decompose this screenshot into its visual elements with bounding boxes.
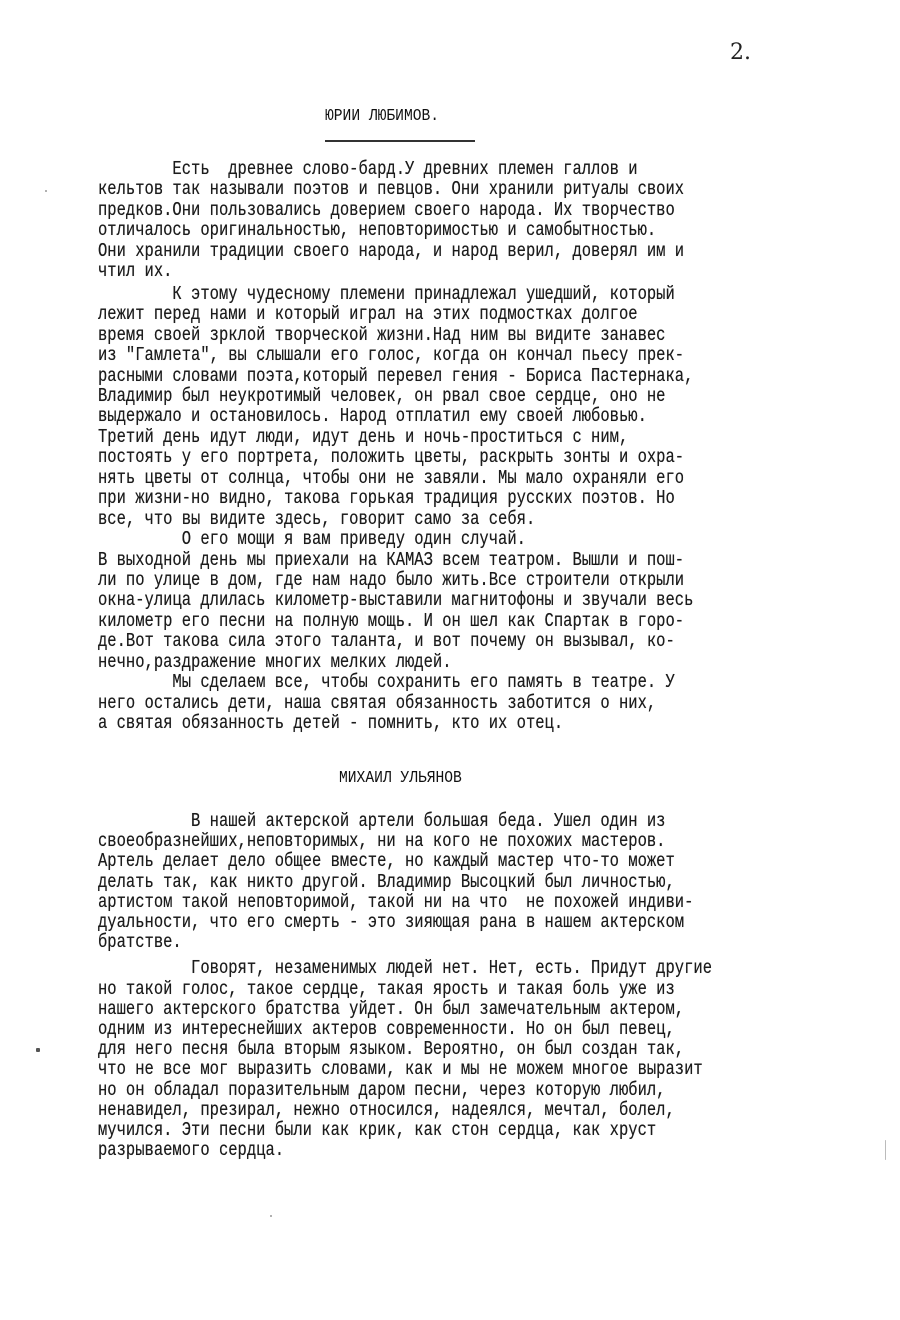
- text-line: но такой голос, такое сердце, такая ярос…: [98, 980, 675, 1000]
- text-line: лежит перед нами и который играл на этих…: [98, 305, 638, 325]
- text-line: ненавидел, презирал, нежно относился, на…: [98, 1101, 675, 1121]
- text-line: своеобразнейших,неповторимых, ни на кого…: [98, 832, 665, 852]
- text-line: все, что вы видите здесь, говорит само з…: [98, 510, 535, 530]
- text-line: одним из интереснейших актеров современн…: [98, 1020, 675, 1040]
- scan-speck: [270, 1215, 272, 1217]
- text-line: время своей зрклой творческой жизни.Над …: [98, 326, 665, 346]
- text-line: Есть древнее слово-бард.У древних племен…: [98, 160, 638, 180]
- text-line: кельтов так называли поэтов и певцов. Он…: [98, 180, 684, 200]
- text-line: отличалось оригинальностью, неповторимос…: [98, 221, 656, 241]
- text-line: мучился. Эти песни были как крик, как ст…: [98, 1121, 656, 1141]
- text-line: нять цветы от солнца, чтобы они не завял…: [98, 469, 684, 489]
- text-line: разрываемого сердца.: [98, 1141, 284, 1161]
- text-line: но он обладал поразительным даром песни,…: [98, 1081, 665, 1101]
- text-line: Артель делает дело общее вместе, но кажд…: [98, 852, 675, 872]
- text-line: нашего актерского братства уйдет. Он был…: [98, 1000, 684, 1020]
- scan-speck: [885, 1140, 886, 1160]
- text-line: нечно,раздражение многих мелких людей.: [98, 653, 452, 673]
- text-line: В нашей актерской артели большая беда. У…: [98, 812, 665, 832]
- text-line: К этому чудесному племени принадлежал уш…: [98, 285, 675, 305]
- text-line: В выходной день мы приехали на КАМАЗ все…: [98, 551, 684, 571]
- text-line: Мы сделаем все, чтобы сохранить его памя…: [98, 673, 675, 693]
- text-line: из "Гамлета", вы слышали его голос, когд…: [98, 346, 684, 366]
- text-line: О его мощи я вам приведу один случай.: [98, 530, 526, 550]
- text-line: что не все мог выразить словами, как и м…: [98, 1060, 703, 1080]
- scan-speck: [45, 190, 47, 192]
- text-line: а святая обязанность детей - помнить, кт…: [98, 714, 563, 734]
- text-line: при жизни-но видно, такова горькая тради…: [98, 489, 675, 509]
- text-line: ли по улице в дом, где нам надо было жит…: [98, 571, 684, 591]
- text-line: Владимир был неукротимый человек, он рва…: [98, 387, 665, 407]
- page-number: 2.: [730, 40, 751, 65]
- section-heading-ulyanov: МИХАИЛ УЛЬЯНОВ: [339, 769, 462, 788]
- text-line: братстве.: [98, 933, 182, 953]
- text-line: Они хранили традиции своего народа, и на…: [98, 242, 684, 262]
- section-heading-lyubimov: ЮРИИ ЛЮБИМОВ.: [325, 107, 439, 126]
- text-line: Третий день идут люди, идут день и ночь-…: [98, 428, 628, 448]
- text-line: километр его песни на полную мощь. И он …: [98, 612, 684, 632]
- text-line: для него песня была вторым языком. Вероя…: [98, 1040, 684, 1060]
- text-line: постоять у его портрета, положить цветы,…: [98, 448, 684, 468]
- text-line: выдержало и остановилось. Народ отплатил…: [98, 407, 647, 427]
- text-line: де.Вот такова сила этого таланта, и вот …: [98, 632, 675, 652]
- text-line: окна-улица длилась километр-выставили ма…: [98, 591, 693, 611]
- scan-speck: [36, 1048, 40, 1052]
- text-line: делать так, как никто другой. Владимир В…: [98, 873, 675, 893]
- text-line: Говорят, незаменимых людей нет. Нет, ест…: [98, 959, 712, 979]
- text-line: него остались дети, наша святая обязанно…: [98, 694, 656, 714]
- text-line: дуальности, что его смерть - это зияющая…: [98, 913, 684, 933]
- document-page: 2. ЮРИИ ЛЮБИМОВ. Есть древнее слово-бард…: [0, 0, 900, 1320]
- text-line: предков.Они пользовались доверием своего…: [98, 201, 675, 221]
- text-line: расными словами поэта,который перевел ге…: [98, 367, 693, 387]
- text-line: чтил их.: [98, 262, 172, 282]
- heading-underline: [325, 140, 475, 142]
- text-line: артистом такой неповторимой, такой ни на…: [98, 893, 693, 913]
